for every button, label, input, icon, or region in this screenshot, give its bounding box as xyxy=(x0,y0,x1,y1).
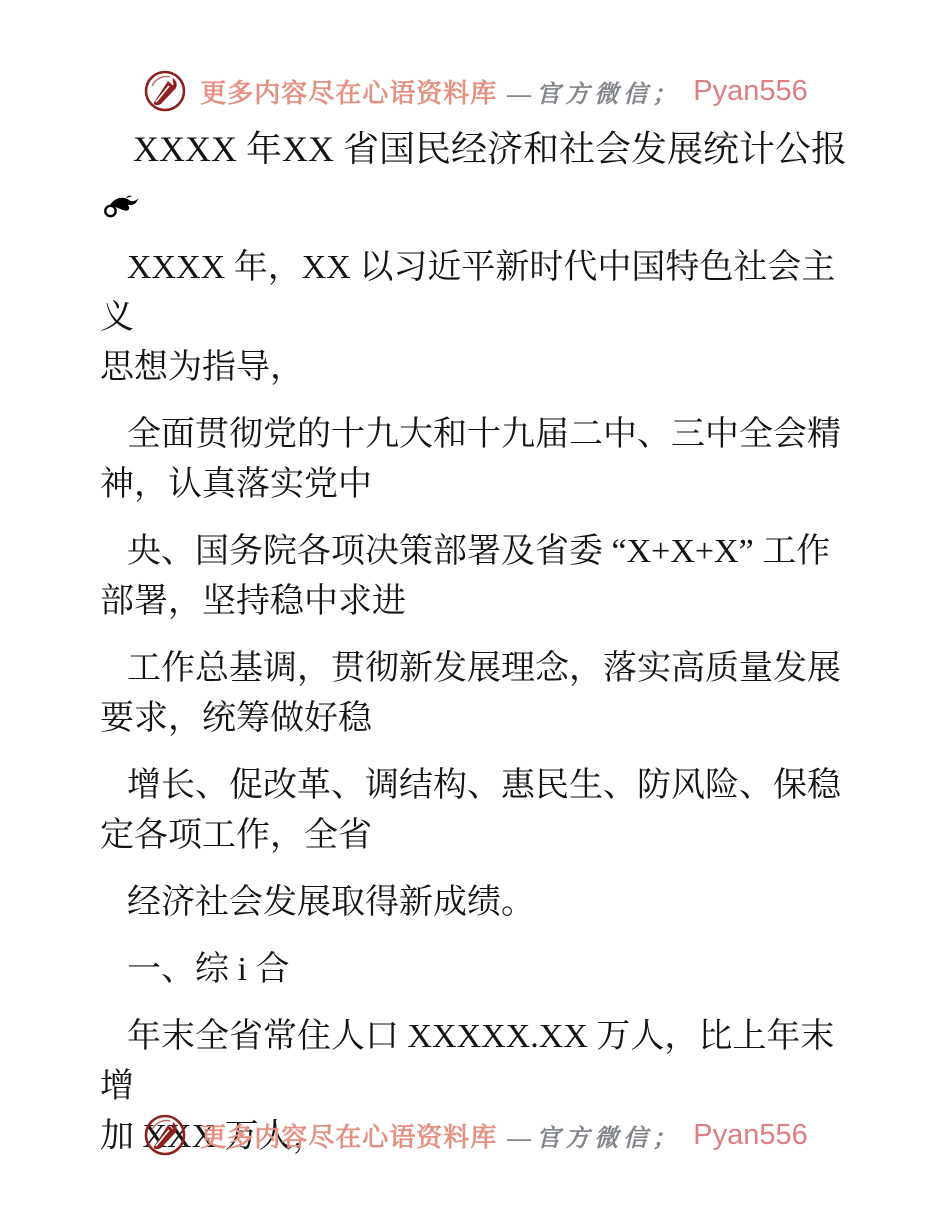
section-heading: 一、综 i 合 xyxy=(100,945,858,995)
paragraph: 全面贯彻党的十九大和十九届二中、三中全会精 神，认真落实党中 xyxy=(100,410,858,510)
watermark-separator-text: —官方微信； xyxy=(507,1118,681,1153)
paragraph-line: 思想为指导， xyxy=(100,343,858,393)
paragraph-line: 央、国务院各项决策部署及省委 “X+X+X” 工作 xyxy=(100,527,858,577)
paragraph: 央、国务院各项决策部署及省委 “X+X+X” 工作 部署，坚持稳中求进 xyxy=(100,527,858,627)
paragraph-line: 年末全省常住人口 XXXXX.XX 万人，比上年末增 xyxy=(100,1012,858,1112)
floral-flourish-icon xyxy=(102,191,858,221)
footer-watermark: 更多内容尽在心语资料库—官方微信；Pyan556 xyxy=(0,1112,950,1158)
paragraph: XXXX 年，XX 以习近平新时代中国特色社会主义 思想为指导， xyxy=(100,243,858,393)
watermark-brand-text: 更多内容尽在心语资料库 xyxy=(200,1117,497,1154)
watermark-wechat-id: Pyan556 xyxy=(693,1119,808,1152)
paragraph-line: XXXX 年，XX 以习近平新时代中国特色社会主义 xyxy=(100,243,858,343)
watermark-separator-text: —官方微信； xyxy=(507,74,681,109)
paragraph-line: 定各项工作，全省 xyxy=(100,811,858,861)
pen-nib-badge-icon xyxy=(142,68,188,114)
header-watermark: 更多内容尽在心语资料库—官方微信；Pyan556 xyxy=(0,68,950,114)
paragraph-line: 要求，统筹做好稳 xyxy=(100,694,858,744)
paragraph: 经济社会发展取得新成绩。 xyxy=(100,878,858,928)
watermark-wechat-id: Pyan556 xyxy=(693,75,808,108)
document-content: XXXX 年XX 省国民经济和社会发展统计公报 XXXX 年，XX 以习近平新时… xyxy=(100,123,858,1179)
document-title: XXXX 年XX 省国民经济和社会发展统计公报 xyxy=(100,123,858,175)
paragraph-line: 神，认真落实党中 xyxy=(100,460,858,510)
pen-nib-badge-icon xyxy=(142,1112,188,1158)
paragraph: 增长、促改革、调结构、惠民生、防风险、保稳 定各项工作，全省 xyxy=(100,761,858,861)
paragraph-line: 工作总基调，贯彻新发展理念，落实高质量发展 xyxy=(100,644,858,694)
watermark-brand-text: 更多内容尽在心语资料库 xyxy=(200,73,497,110)
paragraph-line: 经济社会发展取得新成绩。 xyxy=(100,878,858,928)
paragraph-line: 全面贯彻党的十九大和十九届二中、三中全会精 xyxy=(100,410,858,460)
document-page: 更多内容尽在心语资料库—官方微信；Pyan556 XXXX 年XX 省国民经济和… xyxy=(0,0,950,1230)
paragraph: 工作总基调，贯彻新发展理念，落实高质量发展 要求，统筹做好稳 xyxy=(100,644,858,744)
paragraph-line: 一、综 i 合 xyxy=(100,945,858,995)
paragraph-line: 增长、促改革、调结构、惠民生、防风险、保稳 xyxy=(100,761,858,811)
paragraph-line: 部署，坚持稳中求进 xyxy=(100,577,858,627)
